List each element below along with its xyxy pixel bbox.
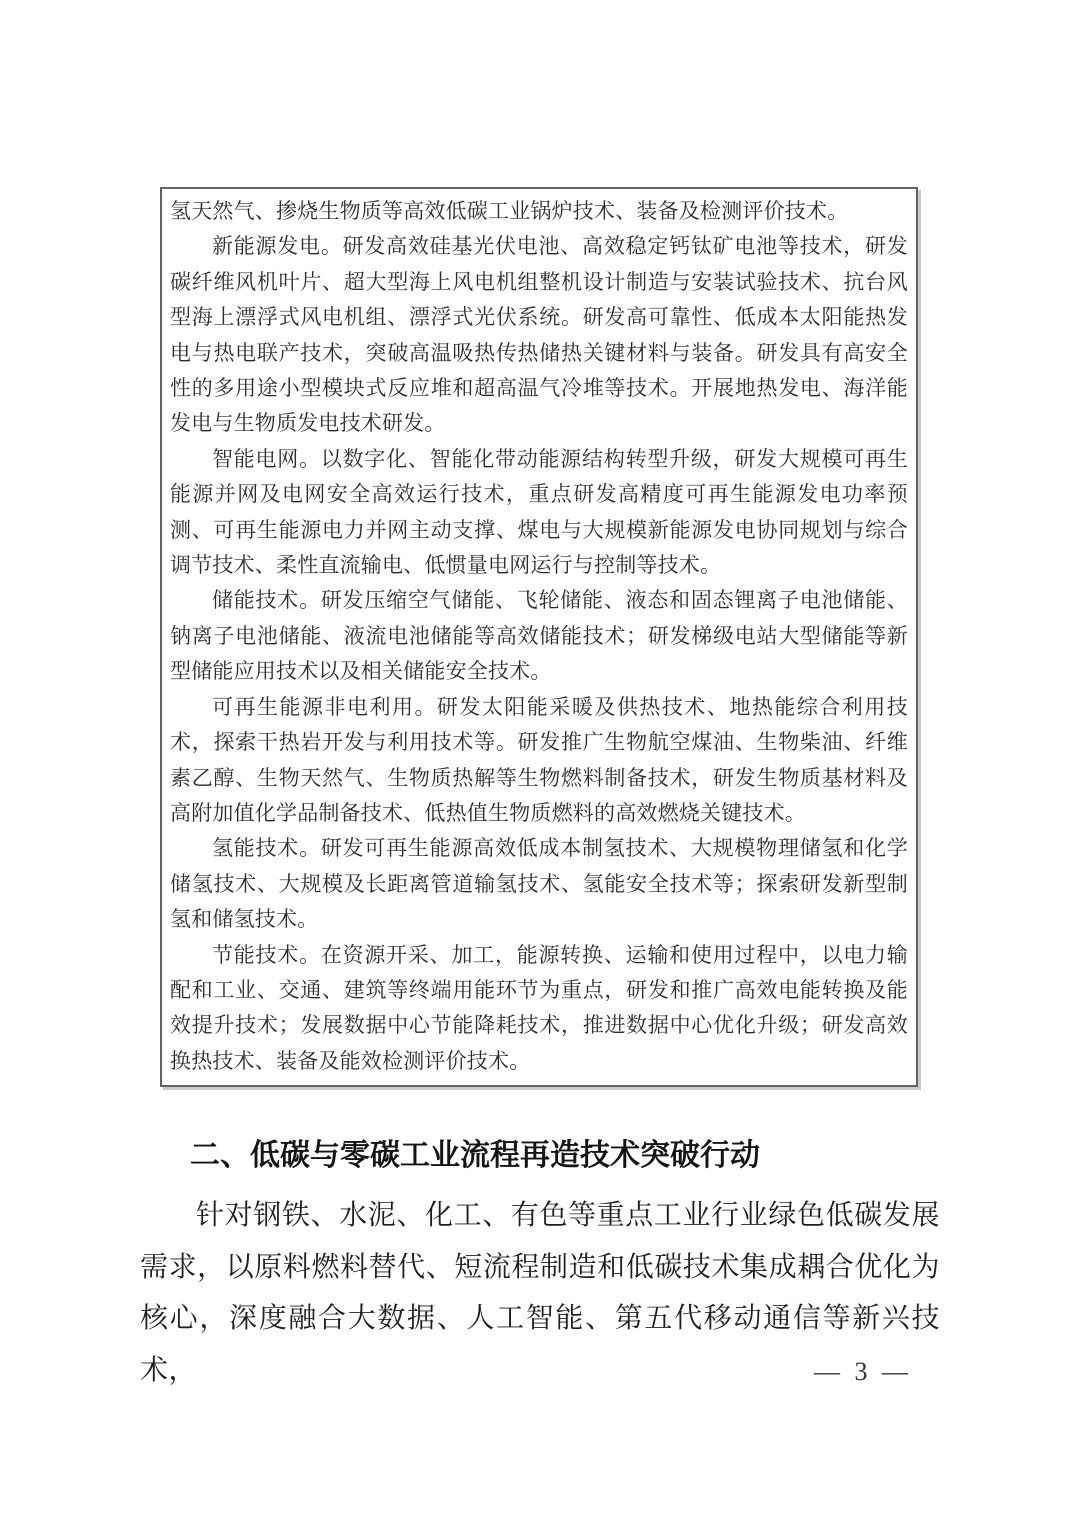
boxed-paragraph-renewable-non-electric: 可再生能源非电利用。研发太阳能采暖及供热技术、地热能综合利用技术，探索干热岩开发… bbox=[170, 690, 908, 832]
boxed-paragraph-energy-storage: 储能技术。研发压缩空气储能、飞轮储能、液态和固态锂离子电池储能、钠离子电池储能、… bbox=[170, 583, 908, 689]
technology-text-panel: 氢天然气、掺烧生物质等高效低碳工业锅炉技术、装备及检测评价技术。 新能源发电。研… bbox=[160, 187, 918, 1087]
document-page: 氢天然气、掺烧生物质等高效低碳工业锅炉技术、装备及检测评价技术。 新能源发电。研… bbox=[0, 0, 1080, 1527]
boxed-paragraph-new-energy-generation: 新能源发电。研发高效硅基光伏电池、高效稳定钙钛矿电池等技术，研发碳纤维风机叶片、… bbox=[170, 229, 908, 441]
boxed-paragraph-smart-grid: 智能电网。以数字化、智能化带动能源结构转型升级，研发大规模可再生能源并网及电网安… bbox=[170, 442, 908, 584]
boxed-paragraph-boiler-continuation: 氢天然气、掺烧生物质等高效低碳工业锅炉技术、装备及检测评价技术。 bbox=[170, 194, 908, 229]
boxed-paragraph-hydrogen-technology: 氢能技术。研发可再生能源高效低成本制氢技术、大规模物理储氢和化学储氢技术、大规模… bbox=[170, 831, 908, 937]
section-heading: 二、低碳与零碳工业流程再造技术突破行动 bbox=[140, 1136, 940, 1176]
boxed-paragraph-energy-saving: 节能技术。在资源开采、加工，能源转换、运输和使用过程中，以电力输配和工业、交通、… bbox=[170, 938, 908, 1080]
page-number: — 3 — bbox=[0, 1352, 1080, 1392]
